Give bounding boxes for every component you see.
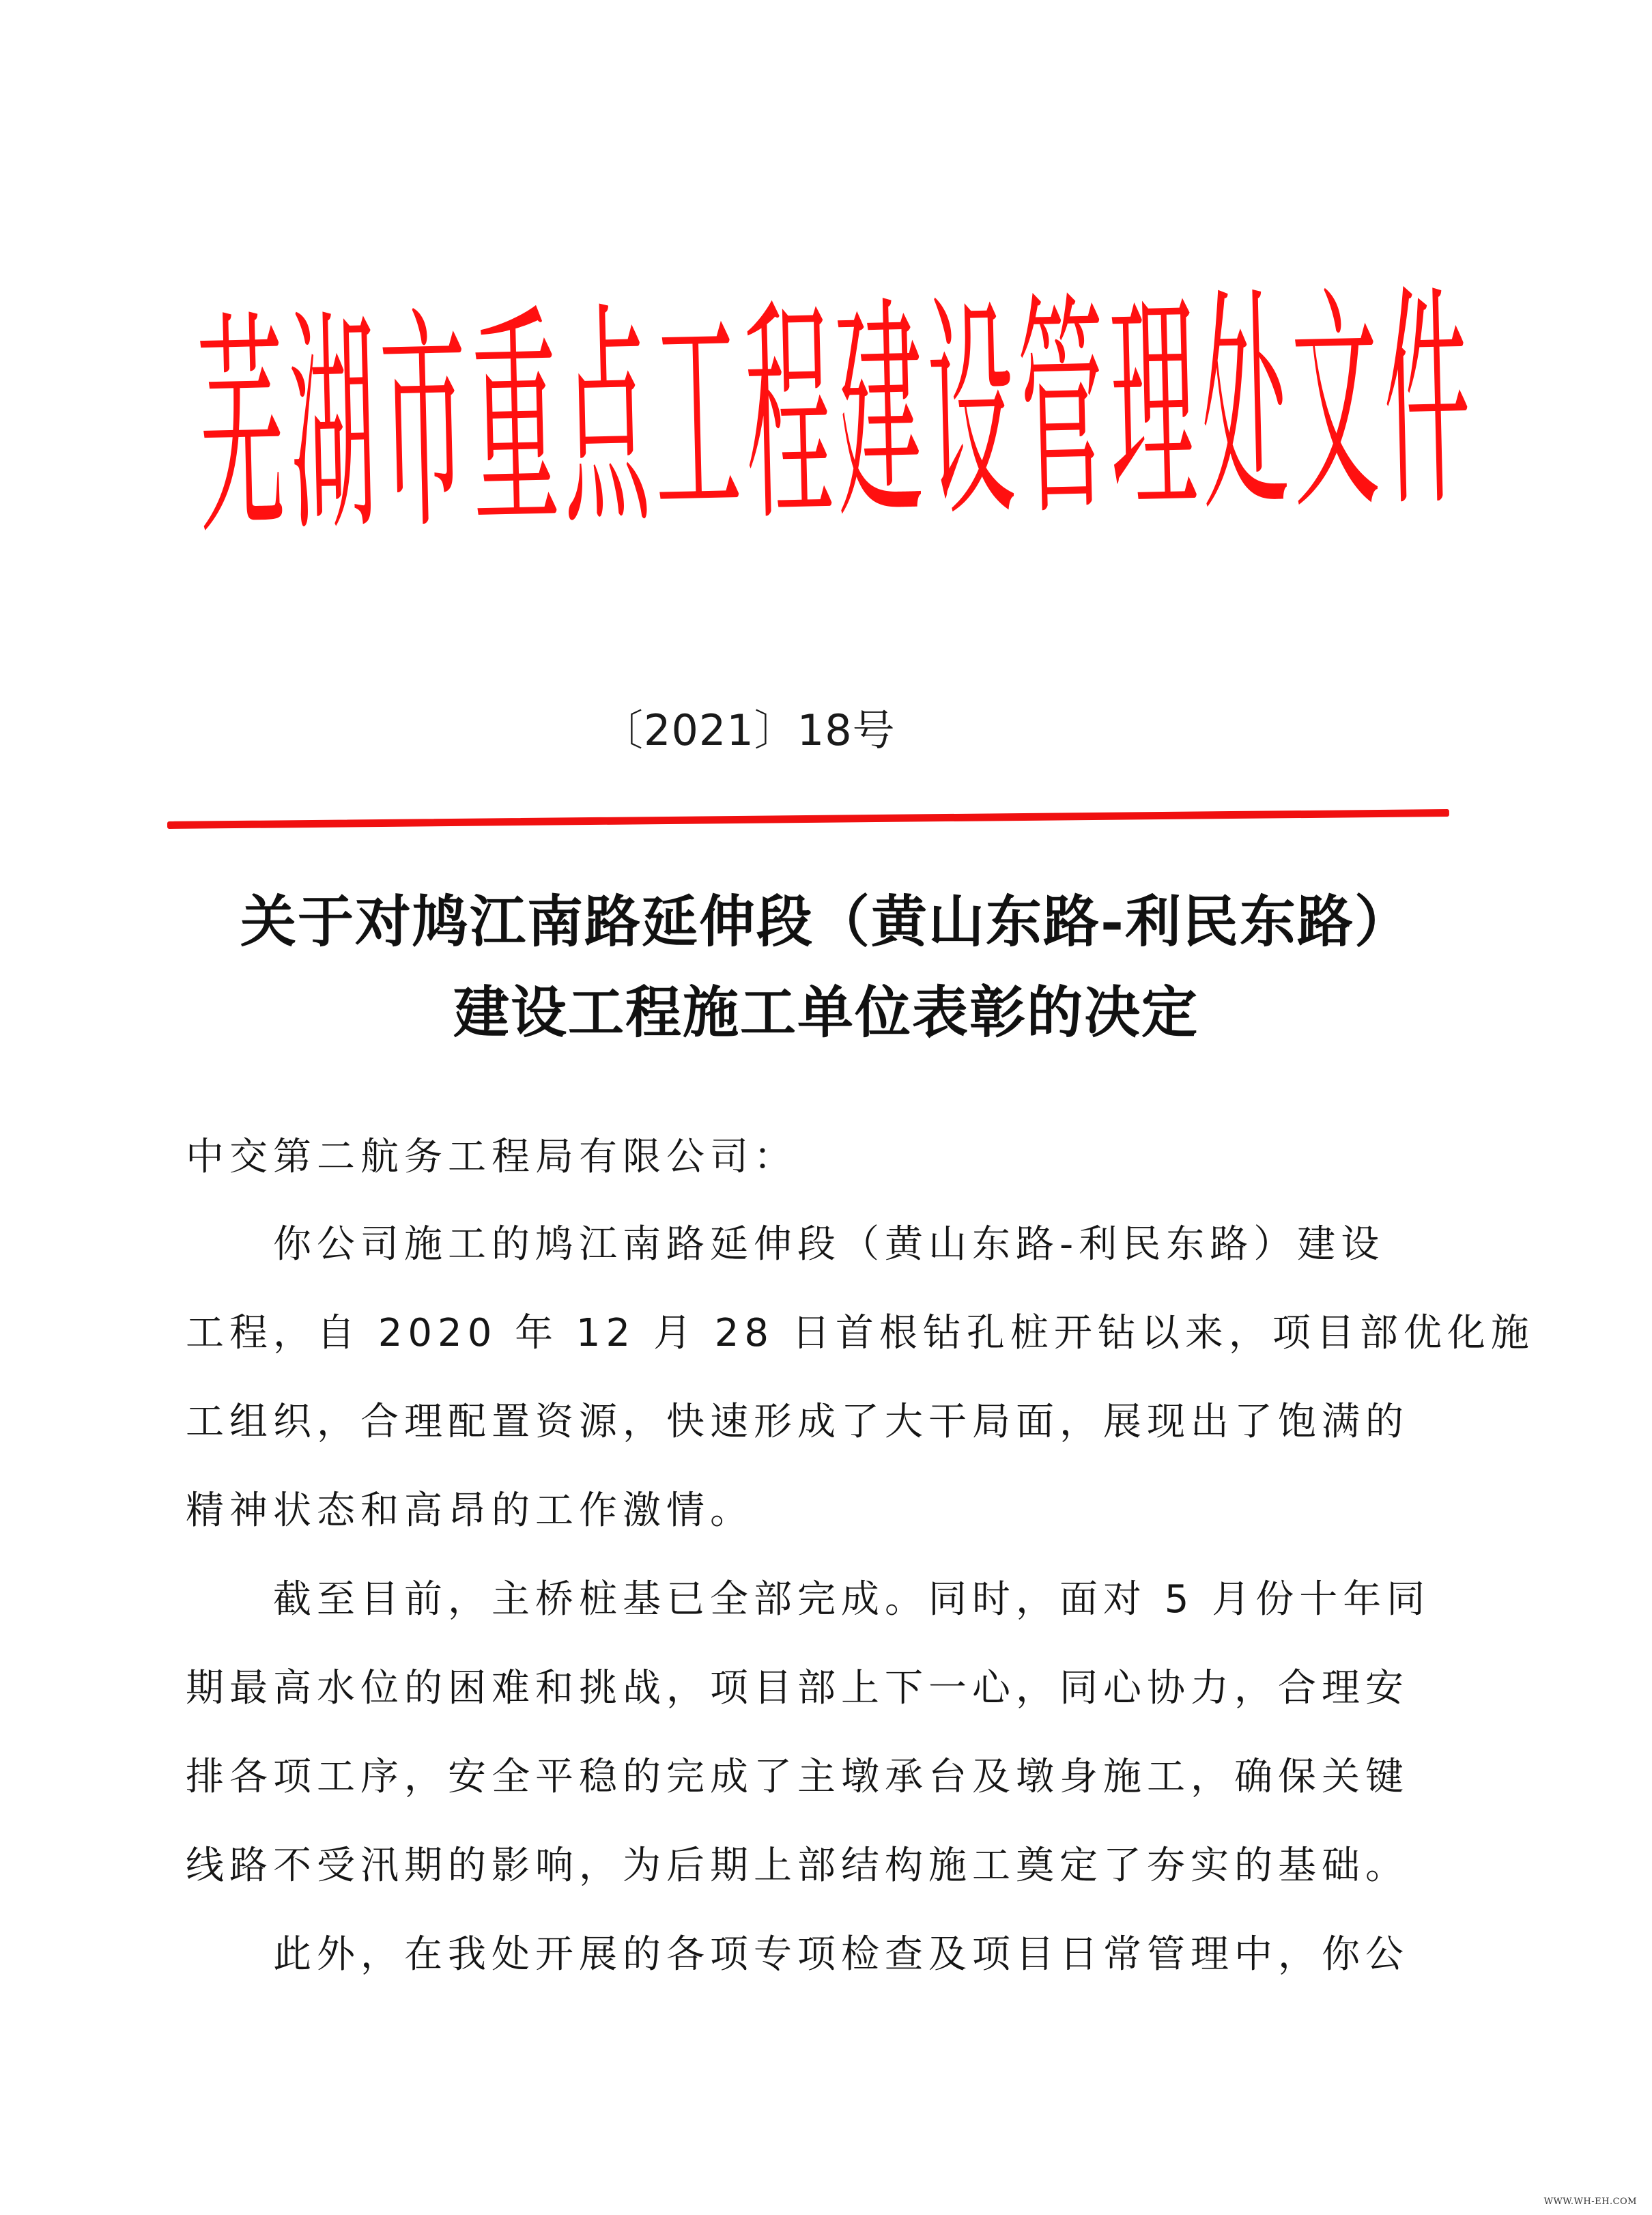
paragraph-2-line-1: 截至目前，主桥桩基已全部完成。同时，面对 5 月份十年同 bbox=[273, 1569, 1570, 1624]
heading-char: 重 bbox=[469, 305, 509, 541]
heading-char: 湖 bbox=[287, 309, 327, 546]
heading-char: 理 bbox=[1107, 290, 1148, 526]
paragraph-1-line-3: 工组织，合理配置资源，快速形成了大干局面，展现出了饱满的 bbox=[186, 1392, 1483, 1446]
heading-char: 程 bbox=[743, 298, 783, 535]
heading-char: 设 bbox=[925, 294, 965, 531]
red-divider-rule bbox=[167, 809, 1449, 829]
document-number: 〔2021〕18号 bbox=[601, 696, 896, 757]
paragraph-2-line-2: 期最高水位的困难和挑战，项目部上下一心，同心协力，合理安 bbox=[186, 1658, 1483, 1712]
heading-char: 处 bbox=[1199, 288, 1239, 524]
heading-char: 文 bbox=[1290, 286, 1330, 522]
paragraph-1-line-4: 精神状态和高昂的工作激情。 bbox=[186, 1480, 1483, 1535]
paragraph-3-line-1: 此外，在我处开展的各项专项检查及项目日常管理中，你公 bbox=[273, 1924, 1570, 1979]
site-watermark: WWW.WH-EH.COM bbox=[1544, 2197, 1637, 2207]
document-title-line-1: 关于对鸠江南路延伸段（黄山东路-利民东路） bbox=[171, 877, 1481, 957]
issuer-heading: 芜 湖 市 重 点 工 程 建 设 管 理 处 文 件 bbox=[171, 272, 1447, 560]
paragraph-1-line-1: 你公司施工的鸠江南路延伸段（黄山东路-利民东路）建设 bbox=[273, 1214, 1570, 1269]
paragraph-1-line-2: 工程，自 2020 年 12 月 28 日首根钻孔桩开钻以来，项目部优化施 bbox=[186, 1303, 1483, 1357]
paragraph-2-line-3: 排各项工序，安全平稳的完成了主墩承台及墩身施工，确保关键 bbox=[186, 1747, 1483, 1801]
paragraph-2-line-4: 线路不受汛期的影响，为后期上部结构施工奠定了夯实的基础。 bbox=[186, 1835, 1483, 1890]
heading-char: 工 bbox=[652, 300, 692, 537]
heading-char: 点 bbox=[560, 302, 601, 539]
heading-char: 芜 bbox=[196, 311, 236, 548]
document-title-line-2: 建设工程施工单位表彰的决定 bbox=[171, 968, 1481, 1048]
heading-char: 管 bbox=[1016, 292, 1057, 528]
heading-char: 件 bbox=[1381, 284, 1421, 520]
heading-char: 建 bbox=[834, 296, 874, 533]
heading-char: 市 bbox=[378, 307, 418, 544]
salutation: 中交第二航务工程局有限公司： bbox=[186, 1127, 1483, 1181]
document-page: 芜 湖 市 重 点 工 程 建 设 管 理 处 文 件 〔2021〕18号 关于… bbox=[0, 0, 1652, 2215]
